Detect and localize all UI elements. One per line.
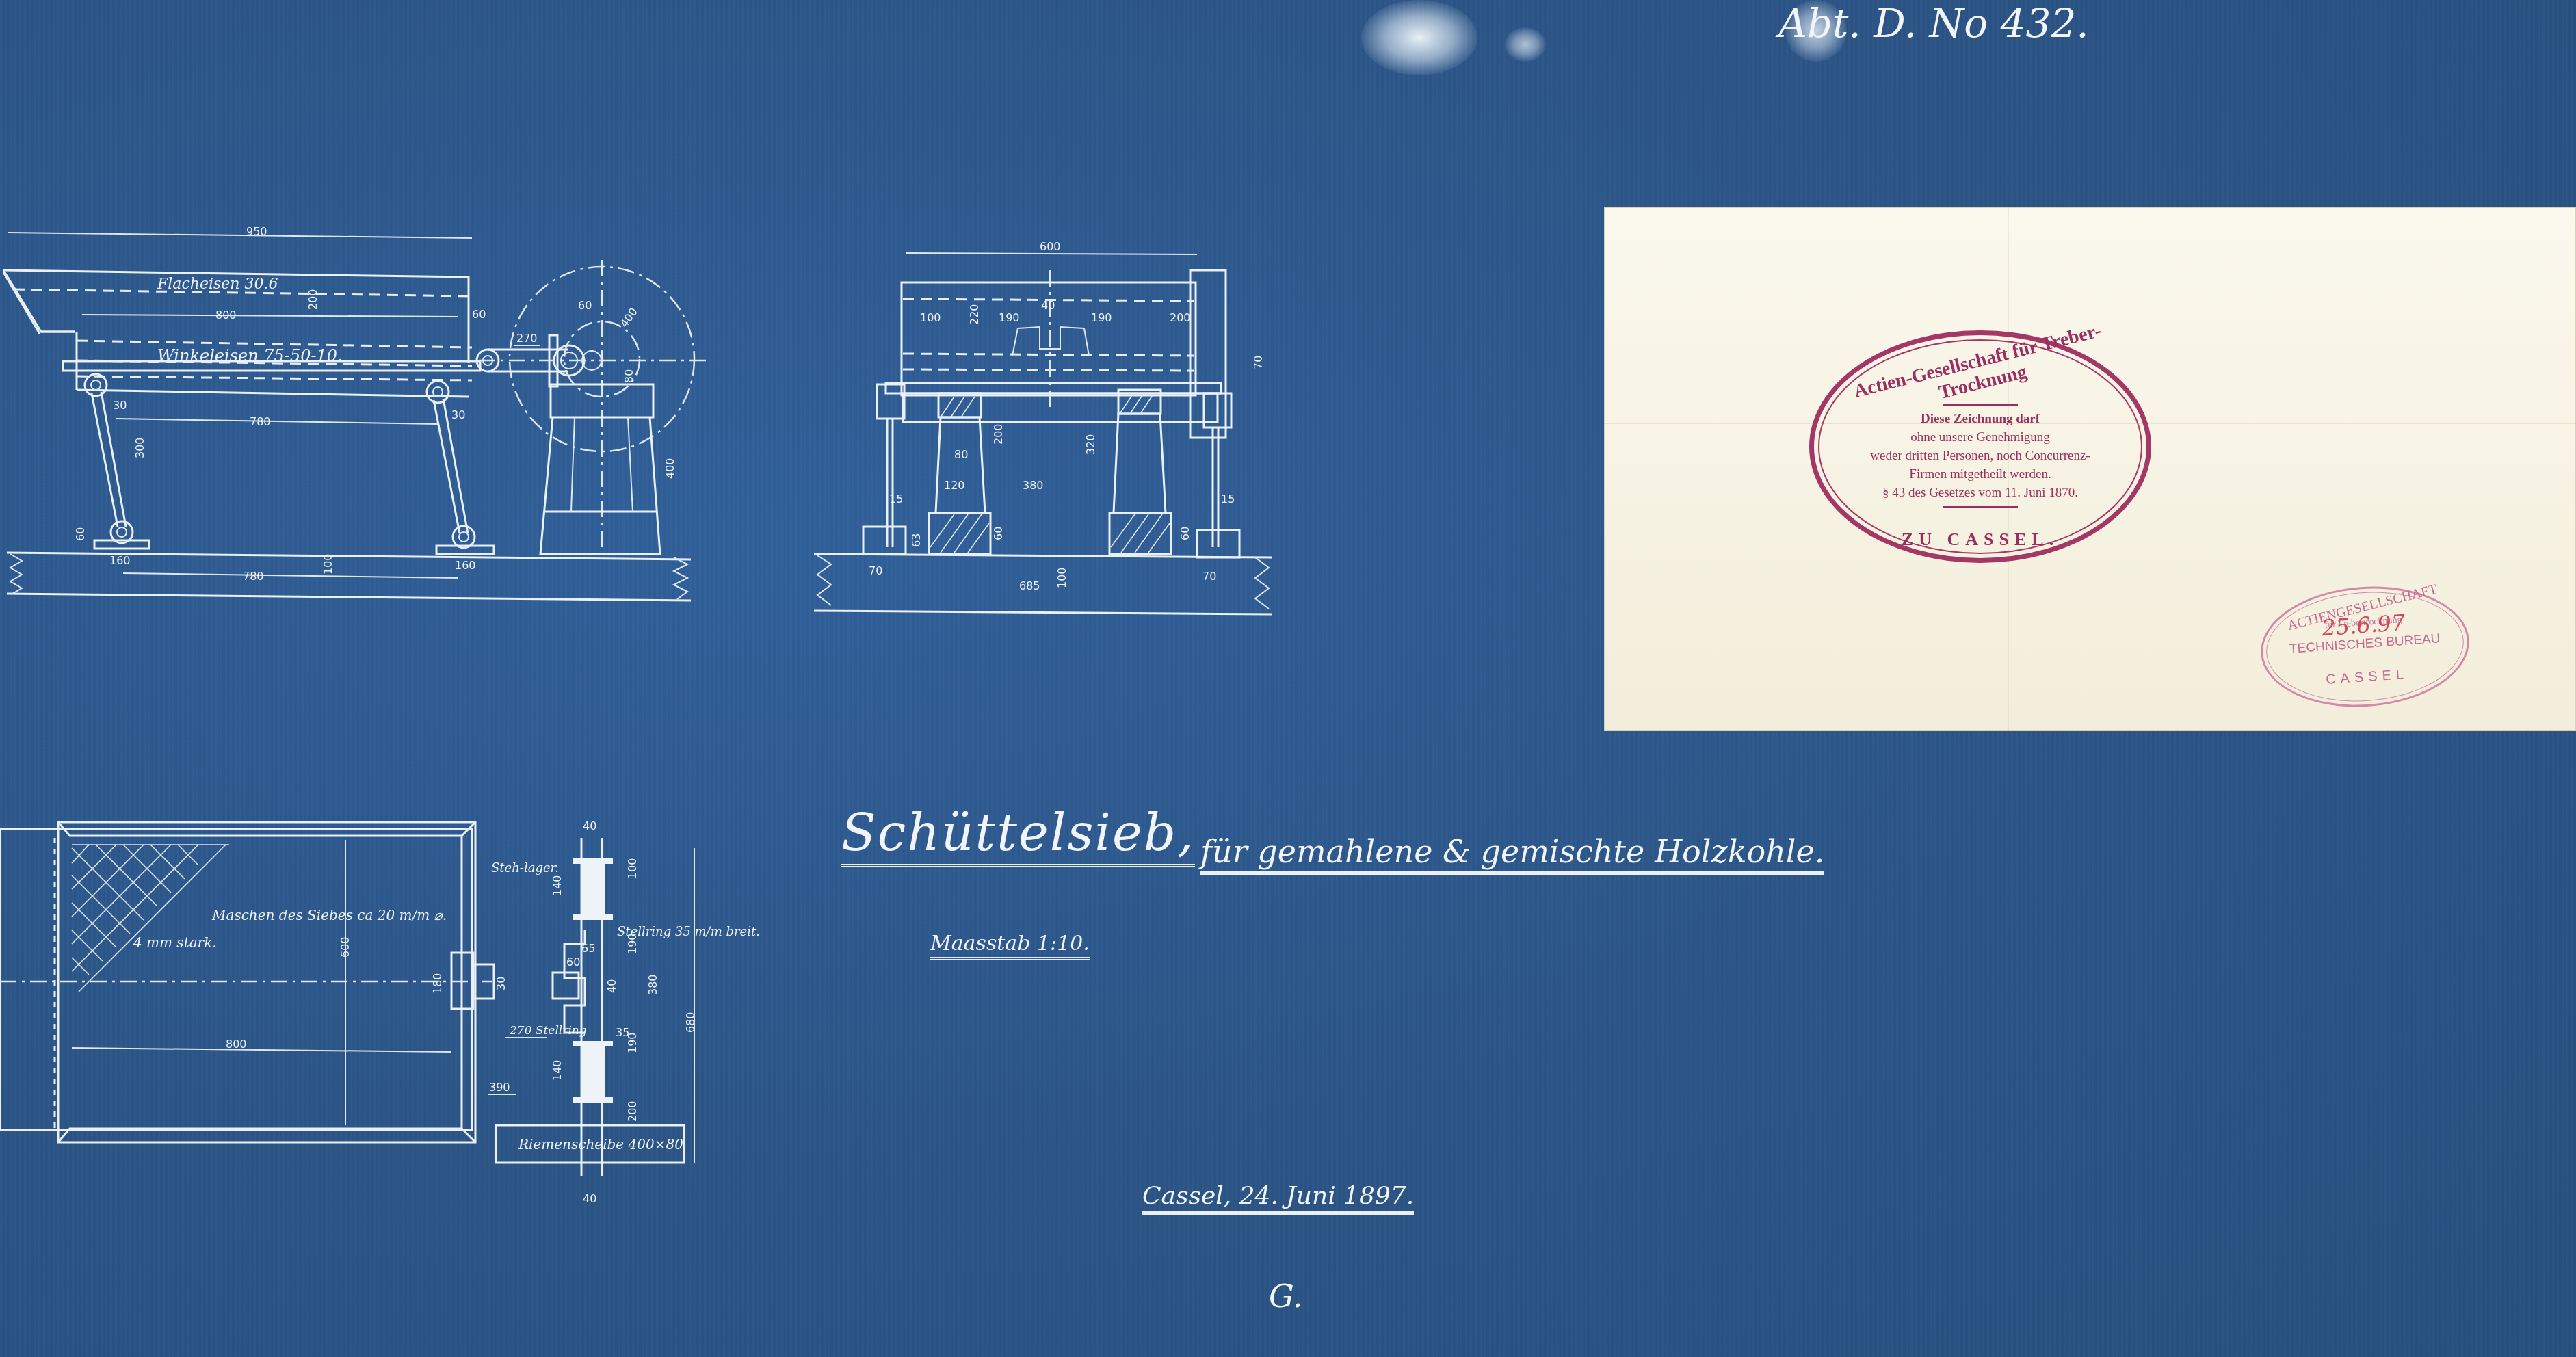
drawing-title: Schüttelsieb, bbox=[841, 804, 1195, 867]
attached-paper-label: Actien-Gesellschaft für Treber-Trocknung… bbox=[1604, 207, 2576, 731]
stamp-rule bbox=[1943, 506, 2018, 508]
label-flacheisen: Flacheisen 30.6 bbox=[157, 276, 278, 293]
dim-crank-60: 60 bbox=[578, 299, 592, 312]
stamp-city: ZU CASSEL. bbox=[1814, 529, 2146, 550]
dim-60-a: 60 bbox=[472, 308, 486, 321]
side-view-drawing: 950 Flacheisen 30.6 Winkeleisen 75-50-10… bbox=[0, 0, 725, 616]
dim-60-foot: 60 bbox=[74, 527, 87, 541]
drawing-number: Abt. D. No 432. bbox=[1778, 0, 2089, 47]
drawing-scale: Maasstab 1:10. bbox=[930, 932, 1090, 960]
label-winkeleisen: Winkeleisen 75-50-10. bbox=[157, 346, 343, 365]
dim-foot-160-b: 160 bbox=[455, 559, 476, 572]
dim-foot-160-a: 160 bbox=[109, 554, 131, 567]
dim-sieve-length: 800 bbox=[215, 308, 237, 321]
dim-link-300: 300 bbox=[133, 437, 146, 458]
dim-link-30-b: 30 bbox=[451, 408, 465, 421]
stamp-line: Firmen mitgetheilt werden. bbox=[1814, 465, 2146, 484]
dim-sieve-height: 200 bbox=[306, 289, 319, 310]
dim-780-lower: 780 bbox=[243, 570, 264, 583]
drawing-place-date: Cassel, 24. Juni 1897. bbox=[1142, 1182, 1414, 1215]
bureau-stamp: ACTIENGESELLSCHAFT für Trebertrocknung 2… bbox=[2257, 580, 2473, 714]
dim-link-30-a: 30 bbox=[113, 399, 127, 412]
stamp-line: ohne unsere Genehmigung bbox=[1814, 428, 2146, 447]
dim-overall-width: 950 bbox=[246, 225, 267, 238]
copyright-stamp: Actien-Gesellschaft für Treber-Trocknung… bbox=[1809, 330, 2151, 563]
dim-crank-270: 270 bbox=[516, 332, 538, 345]
stamp-line: § 43 des Gesetzes vom 11. Juni 1870. bbox=[1814, 484, 2146, 502]
stamp-line: weder dritten Personen, noch Concurrenz- bbox=[1814, 447, 2146, 465]
stamp-notice: Diese Zeichnung darf ohne unsere Genehmi… bbox=[1814, 400, 2146, 512]
dim-780-upper: 780 bbox=[250, 415, 271, 428]
dim-pedestal-400: 400 bbox=[663, 458, 676, 479]
ink-smudge bbox=[1505, 27, 1546, 62]
ink-smudge bbox=[1361, 0, 1477, 75]
stamp-line: Diese Zeichnung darf bbox=[1921, 412, 2040, 426]
drawer-initial: G. bbox=[1269, 1278, 1303, 1315]
drawing-subtitle: für gemahlene & gemischte Holzkohle. bbox=[1200, 833, 1824, 875]
stamp-rule bbox=[1943, 404, 2018, 406]
